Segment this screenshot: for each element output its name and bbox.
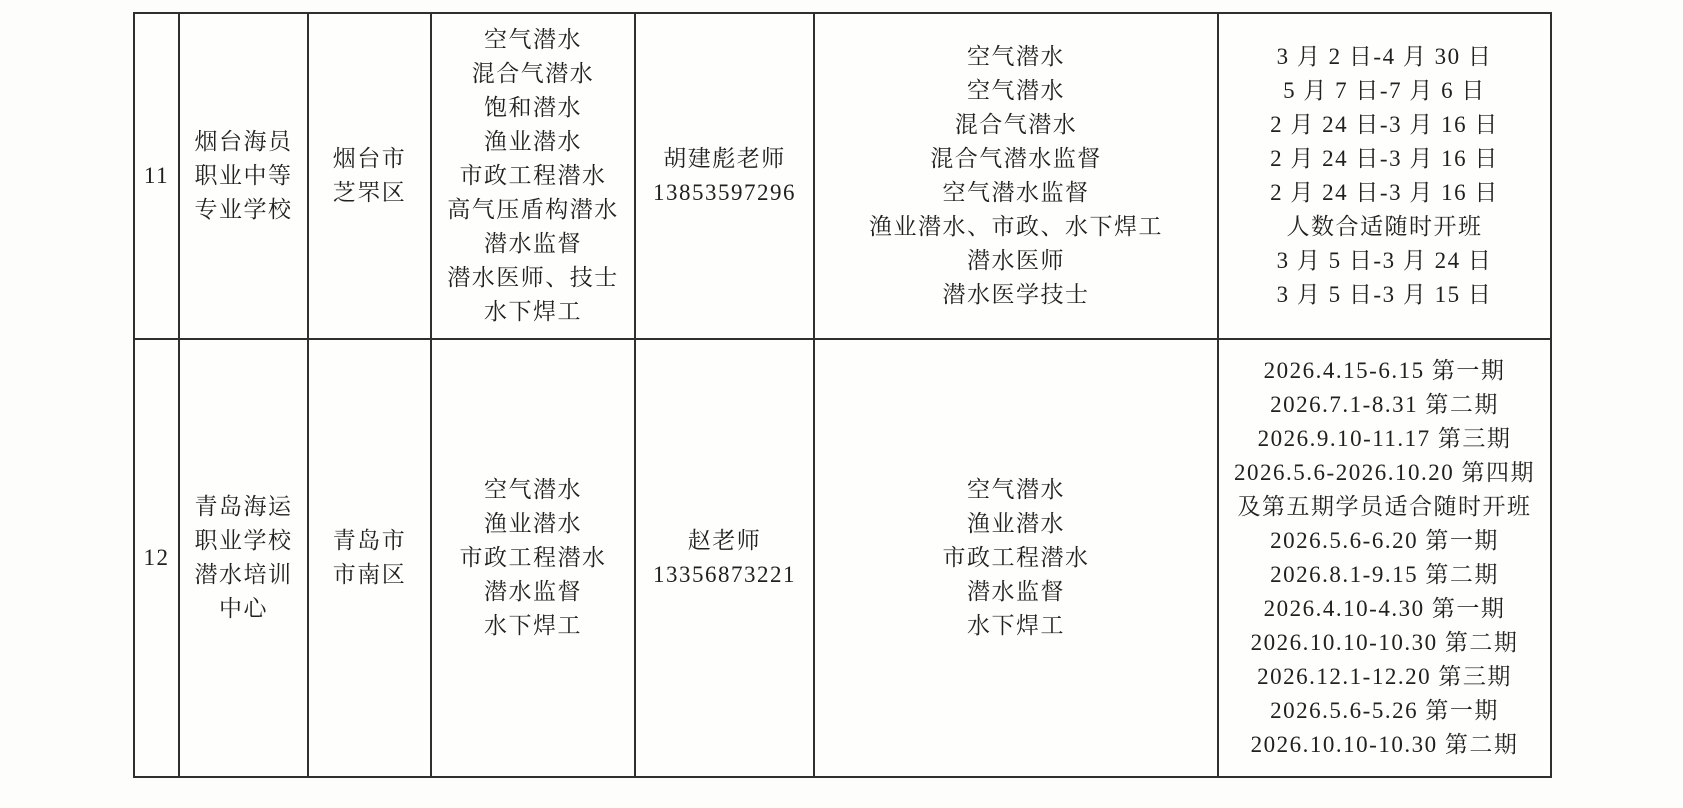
cell-line: 烟台市 (333, 142, 407, 176)
cell-line: 空气潜水 (967, 74, 1065, 108)
cell-line: 芝罘区 (333, 176, 407, 210)
cell-courses: 空气潜水渔业潜水市政工程潜水潜水监督水下焊工 (815, 340, 1219, 776)
cell-location: 烟台市芝罘区 (309, 14, 432, 340)
cell-line: 2026.8.1-9.15 第二期 (1270, 558, 1499, 592)
cell-line: 渔业潜水、市政、水下焊工 (869, 210, 1163, 244)
cell-line: 潜水培训 (195, 558, 293, 592)
cell-line: 2026.5.6-6.20 第一期 (1270, 524, 1499, 558)
cell-line: 中心 (219, 592, 268, 626)
cell-line: 水下焊工 (484, 609, 582, 643)
cell-line: 水下焊工 (484, 295, 582, 329)
cell-line: 5 月 7 日-7 月 6 日 (1283, 74, 1486, 108)
cell-line: 2026.9.10-11.17 第三期 (1258, 422, 1512, 456)
cell-line: 混合气潜水 (955, 108, 1078, 142)
cell-line: 渔业潜水 (484, 125, 582, 159)
cell-line: 高气压盾构潜水 (447, 193, 619, 227)
cell-contact: 胡建彪老师13853597296 (636, 14, 815, 340)
cell-line: 空气潜水 (484, 23, 582, 57)
cell-line: 青岛市 (333, 524, 407, 558)
cell-line: 2026.10.10-10.30 第二期 (1251, 728, 1519, 762)
cell-schedule: 2026.4.15-6.15 第一期2026.7.1-8.31 第二期2026.… (1219, 340, 1550, 776)
row-number: 12 (144, 541, 170, 575)
cell-line: 市南区 (333, 558, 407, 592)
cell-line: 2026.4.15-6.15 第一期 (1264, 354, 1506, 388)
cell-line: 2 月 24 日-3 月 16 日 (1270, 176, 1499, 210)
cell-courses: 空气潜水空气潜水混合气潜水混合气潜水监督空气潜水监督渔业潜水、市政、水下焊工潜水… (815, 14, 1219, 340)
cell-line: 2026.7.1-8.31 第二期 (1270, 388, 1499, 422)
cell-line: 渔业潜水 (967, 507, 1065, 541)
cell-line: 混合气潜水 (472, 57, 595, 91)
cell-line: 2026.4.10-4.30 第一期 (1264, 592, 1506, 626)
row-number: 11 (144, 159, 169, 193)
cell-row-number: 12 (135, 340, 180, 776)
cell-line: 水下焊工 (967, 609, 1065, 643)
cell-line: 职业中等 (195, 159, 293, 193)
cell-line: 及第五期学员适合随时开班 (1238, 490, 1532, 524)
cell-line: 13853597296 (653, 176, 796, 210)
cell-line: 市政工程潜水 (460, 541, 607, 575)
cell-line: 职业学校 (195, 524, 293, 558)
cell-line: 空气潜水 (967, 40, 1065, 74)
cell-line: 市政工程潜水 (943, 541, 1090, 575)
cell-schedule: 3 月 2 日-4 月 30 日5 月 7 日-7 月 6 日2 月 24 日-… (1219, 14, 1550, 340)
cell-line: 3 月 2 日-4 月 30 日 (1277, 40, 1493, 74)
cell-line: 3 月 5 日-3 月 24 日 (1277, 244, 1493, 278)
cell-line: 胡建彪老师 (663, 142, 786, 176)
cell-line: 饱和潜水 (484, 91, 582, 125)
cell-line: 赵老师 (688, 524, 762, 558)
cell-line: 潜水监督 (484, 575, 582, 609)
document-page: 11 烟台海员职业中等专业学校 烟台市芝罘区 空气潜水混合气潜水饱和潜水渔业潜水… (0, 0, 1683, 808)
cell-row-number: 11 (135, 14, 180, 340)
cell-line: 2 月 24 日-3 月 16 日 (1270, 142, 1499, 176)
cell-qualifications: 空气潜水渔业潜水市政工程潜水潜水监督水下焊工 (432, 340, 636, 776)
cell-line: 青岛海运 (195, 490, 293, 524)
cell-location: 青岛市市南区 (309, 340, 432, 776)
cell-line: 人数合适随时开班 (1287, 210, 1483, 244)
cell-line: 潜水医师、技士 (447, 261, 619, 295)
cell-line: 空气潜水 (967, 473, 1065, 507)
cell-school-name: 烟台海员职业中等专业学校 (180, 14, 309, 340)
cell-line: 潜水监督 (484, 227, 582, 261)
cell-line: 渔业潜水 (484, 507, 582, 541)
cell-line: 2026.10.10-10.30 第二期 (1251, 626, 1519, 660)
cell-line: 潜水医师 (967, 244, 1065, 278)
cell-qualifications: 空气潜水混合气潜水饱和潜水渔业潜水市政工程潜水高气压盾构潜水潜水监督潜水医师、技… (432, 14, 636, 340)
cell-line: 潜水医学技士 (943, 278, 1090, 312)
cell-line: 空气潜水监督 (943, 176, 1090, 210)
cell-line: 3 月 5 日-3 月 15 日 (1277, 278, 1493, 312)
cell-line: 烟台海员 (195, 125, 293, 159)
cell-line: 2026.5.6-2026.10.20 第四期 (1234, 456, 1535, 490)
cell-line: 13356873221 (653, 558, 796, 592)
cell-line: 2026.12.1-12.20 第三期 (1257, 660, 1512, 694)
cell-line: 2 月 24 日-3 月 16 日 (1270, 108, 1499, 142)
cell-line: 混合气潜水监督 (930, 142, 1102, 176)
cell-contact: 赵老师13356873221 (636, 340, 815, 776)
cell-line: 潜水监督 (967, 575, 1065, 609)
cell-line: 专业学校 (195, 193, 293, 227)
cell-line: 空气潜水 (484, 473, 582, 507)
cell-school-name: 青岛海运职业学校潜水培训中心 (180, 340, 309, 776)
cell-line: 2026.5.6-5.26 第一期 (1270, 694, 1499, 728)
cell-line: 市政工程潜水 (460, 159, 607, 193)
diving-training-table: 11 烟台海员职业中等专业学校 烟台市芝罘区 空气潜水混合气潜水饱和潜水渔业潜水… (133, 12, 1552, 778)
